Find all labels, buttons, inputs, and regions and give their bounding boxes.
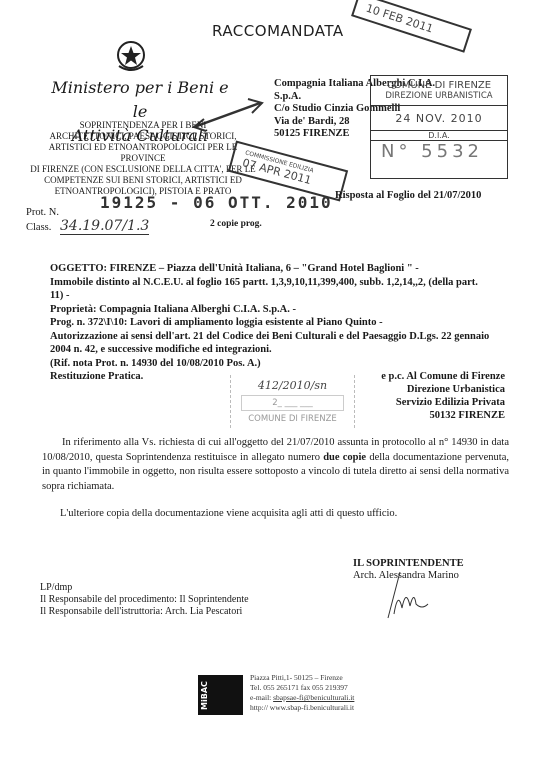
oggetto-block: OGGETTO: FIRENZE – Piazza dell'Unità Ita… bbox=[50, 262, 490, 384]
cc-line: Servizio Edilizia Privata bbox=[335, 396, 505, 409]
stamp-received-handwritten: 412/2010/sn bbox=[235, 379, 350, 392]
cc-line: Direzione Urbanistica bbox=[335, 383, 505, 396]
initials: LP/dmp bbox=[40, 582, 249, 594]
body-paragraph-2: L'ulteriore copia della documentazione v… bbox=[60, 508, 397, 519]
stamp-comune-date: 24 NOV. 2010 bbox=[371, 106, 507, 131]
stamp-comune-line1: COMUNE DI FIRENZE bbox=[371, 80, 507, 91]
mibac-logo: MiBAC bbox=[198, 675, 243, 715]
oggetto-line: Immobile distinto al N.C.E.U. al foglio … bbox=[50, 276, 490, 303]
stamp-comune-dept: D.I.A. bbox=[371, 131, 507, 141]
sopr-line: SOPRINTENDENZA PER I BENI bbox=[28, 120, 258, 131]
body-paragraph-1: In riferimento alla Vs. richiesta di cui… bbox=[42, 436, 509, 494]
stamp-received-date: 2_ ___ ___ bbox=[241, 395, 344, 411]
mibac-logo-text: MiBAC bbox=[200, 681, 209, 710]
signature-title: IL SOPRINTENDENTE bbox=[353, 558, 464, 570]
class-label: Class. bbox=[26, 222, 51, 233]
oggetto-line: Autorizzazione ai sensi dell'art. 21 del… bbox=[50, 330, 490, 357]
footer-web-link[interactable]: http:// www.sbap-fi.beniculturali.it bbox=[250, 703, 354, 713]
responsabile-procedimento: Il Responsabile del procedimento: Il Sop… bbox=[40, 594, 249, 606]
cc-line: e p.c. Al Comune di Firenze bbox=[335, 370, 505, 383]
footer-address: Piazza Pitti,1- 50125 – Firenze bbox=[250, 673, 354, 683]
footer-email-label: e-mail: bbox=[250, 693, 273, 702]
stamp-comune-number: N° 5532 bbox=[371, 141, 507, 162]
copie-note: 2 copie prog. bbox=[210, 219, 262, 229]
risposta-reference: Risposta al Foglio del 21/07/2010 bbox=[335, 190, 481, 201]
prot-label: Prot. N. bbox=[26, 207, 59, 218]
footer-email-link[interactable]: sbapsae-fi@beniculturali.it bbox=[273, 693, 354, 702]
sopr-line: ARCHITETTONICI, PAESAGGISTICI, STORICI, bbox=[28, 131, 258, 142]
sopr-line: DI FIRENZE (CON ESCLUSIONE DELLA CITTA',… bbox=[28, 164, 258, 175]
soprintendenza-heading: SOPRINTENDENZA PER I BENI ARCHITETTONICI… bbox=[28, 120, 258, 197]
italian-republic-emblem-icon bbox=[113, 40, 149, 74]
cc-line: 50132 FIRENZE bbox=[335, 409, 505, 422]
prot-number: 19125 - 06 OTT. 2010 bbox=[100, 193, 333, 212]
signature-scribble-icon bbox=[380, 570, 430, 620]
stamp-received-label: COMUNE DI FIRENZE bbox=[235, 414, 350, 424]
oggetto-line: (Rif. nota Prot. n. 14930 del 10/08/2010… bbox=[50, 357, 490, 371]
cc-recipient: e p.c. Al Comune di Firenze Direzione Ur… bbox=[335, 370, 505, 422]
oggetto-line: Proprietà: Compagnia Italiana Alberghi C… bbox=[50, 303, 490, 317]
footer-contact: Piazza Pitti,1- 50125 – Firenze Tel. 055… bbox=[250, 673, 354, 713]
oggetto-line: Prog. n. 372\I\10: Lavori di ampliamento… bbox=[50, 316, 490, 330]
footer-phone: Tel. 055 265171 fax 055 219397 bbox=[250, 683, 354, 693]
stamp-feb-2011: 10 FEB 2011 bbox=[351, 0, 472, 53]
class-value: 34.19.07/1.3 bbox=[60, 218, 149, 235]
footer-email-line: e-mail: sbapsae-fi@beniculturali.it bbox=[250, 693, 354, 703]
raccomandata-label: RACCOMANDATA bbox=[212, 22, 344, 40]
responsabili-block: LP/dmp Il Responsabile del procedimento:… bbox=[40, 582, 249, 618]
stamp-comune-line2: DIREZIONE URBANISTICA bbox=[371, 91, 507, 106]
responsabile-istruttoria: Il Responsabile dell'istruttoria: Arch. … bbox=[40, 606, 249, 618]
body-bold: due copie bbox=[323, 452, 366, 463]
sopr-line: ARTISTICI ED ETNOANTROPOLOGICI PER LE PR… bbox=[28, 142, 258, 164]
stamp-comune-firenze: COMUNE DI FIRENZE DIREZIONE URBANISTICA … bbox=[370, 75, 508, 179]
oggetto-line: OGGETTO: FIRENZE – Piazza dell'Unità Ita… bbox=[50, 262, 490, 276]
sopr-line: COMPETENZE SUI BENI STORICI, ARTISTICI E… bbox=[28, 175, 258, 186]
